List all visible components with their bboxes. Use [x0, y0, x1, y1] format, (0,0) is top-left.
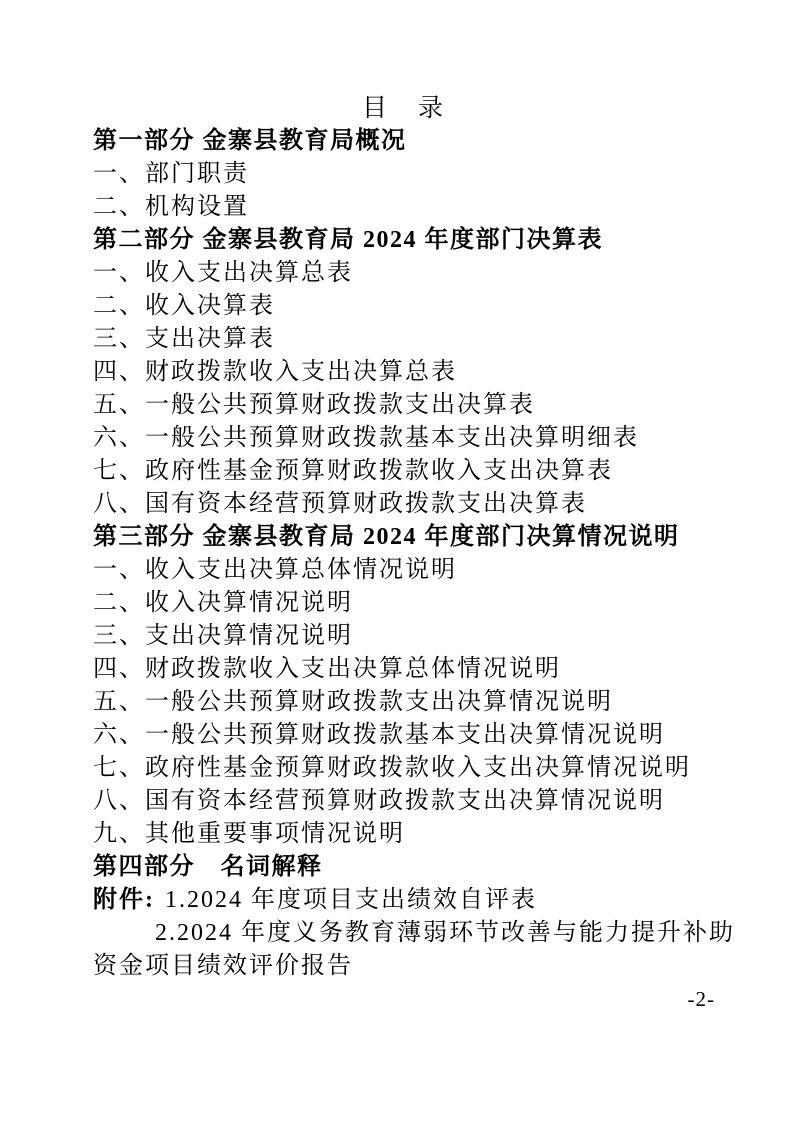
toc-content: 目 录 第一部分 金寨县教育局概况 一、部门职责 二、机构设置 第二部分 金寨县…	[0, 0, 793, 1016]
toc-item: 一、收入支出决算总表	[93, 257, 715, 290]
document-page: 目 录 第一部分 金寨县教育局概况 一、部门职责 二、机构设置 第二部分 金寨县…	[0, 0, 793, 1122]
toc-item: 二、收入决算表	[93, 290, 715, 323]
toc-item: 三、支出决算表	[93, 323, 715, 356]
toc-item: 七、政府性基金预算财政拨款收入支出决算情况说明	[93, 752, 715, 785]
appendix-item-2-line-2: 资金项目绩效评价报告	[93, 950, 715, 983]
appendix-label: 附件:	[93, 887, 155, 913]
toc-item: 一、部门职责	[93, 158, 715, 191]
toc-item: 五、一般公共预算财政拨款支出决算表	[93, 389, 715, 422]
toc-item: 一、收入支出决算总体情况说明	[93, 554, 715, 587]
toc-item: 八、国有资本经营预算财政拨款支出决算情况说明	[93, 785, 715, 818]
toc-section-heading-2: 第二部分 金寨县教育局 2024 年度部门决算表	[93, 224, 715, 257]
toc-item: 二、收入决算情况说明	[93, 587, 715, 620]
toc-item: 三、支出决算情况说明	[93, 620, 715, 653]
toc-item: 八、国有资本经营预算财政拨款支出决算表	[93, 488, 715, 521]
toc-section-heading-3: 第三部分 金寨县教育局 2024 年度部门决算情况说明	[93, 521, 715, 554]
doc-title: 目 录	[93, 92, 715, 125]
toc-item: 七、政府性基金预算财政拨款收入支出决算表	[93, 455, 715, 488]
toc-item: 四、财政拨款收入支出决算总体情况说明	[93, 653, 715, 686]
toc-section-heading-1: 第一部分 金寨县教育局概况	[93, 125, 715, 158]
toc-item: 九、其他重要事项情况说明	[93, 818, 715, 851]
toc-item: 五、一般公共预算财政拨款支出决算情况说明	[93, 686, 715, 719]
toc-item: 六、一般公共预算财政拨款基本支出决算情况说明	[93, 719, 715, 752]
appendix-item-2-line-1: 2.2024 年度义务教育薄弱环节改善与能力提升补助	[93, 917, 715, 950]
toc-item: 六、一般公共预算财政拨款基本支出决算明细表	[93, 422, 715, 455]
toc-item: 二、机构设置	[93, 191, 715, 224]
appendix-line-1: 附件:1.2024 年度项目支出绩效自评表	[93, 884, 715, 917]
toc-item: 四、财政拨款收入支出决算总表	[93, 356, 715, 389]
page-number: -2-	[93, 983, 715, 1016]
toc-section-heading-4: 第四部分 名词解释	[93, 851, 715, 884]
appendix-item-1: 1.2024 年度项目支出绩效自评表	[165, 887, 537, 913]
